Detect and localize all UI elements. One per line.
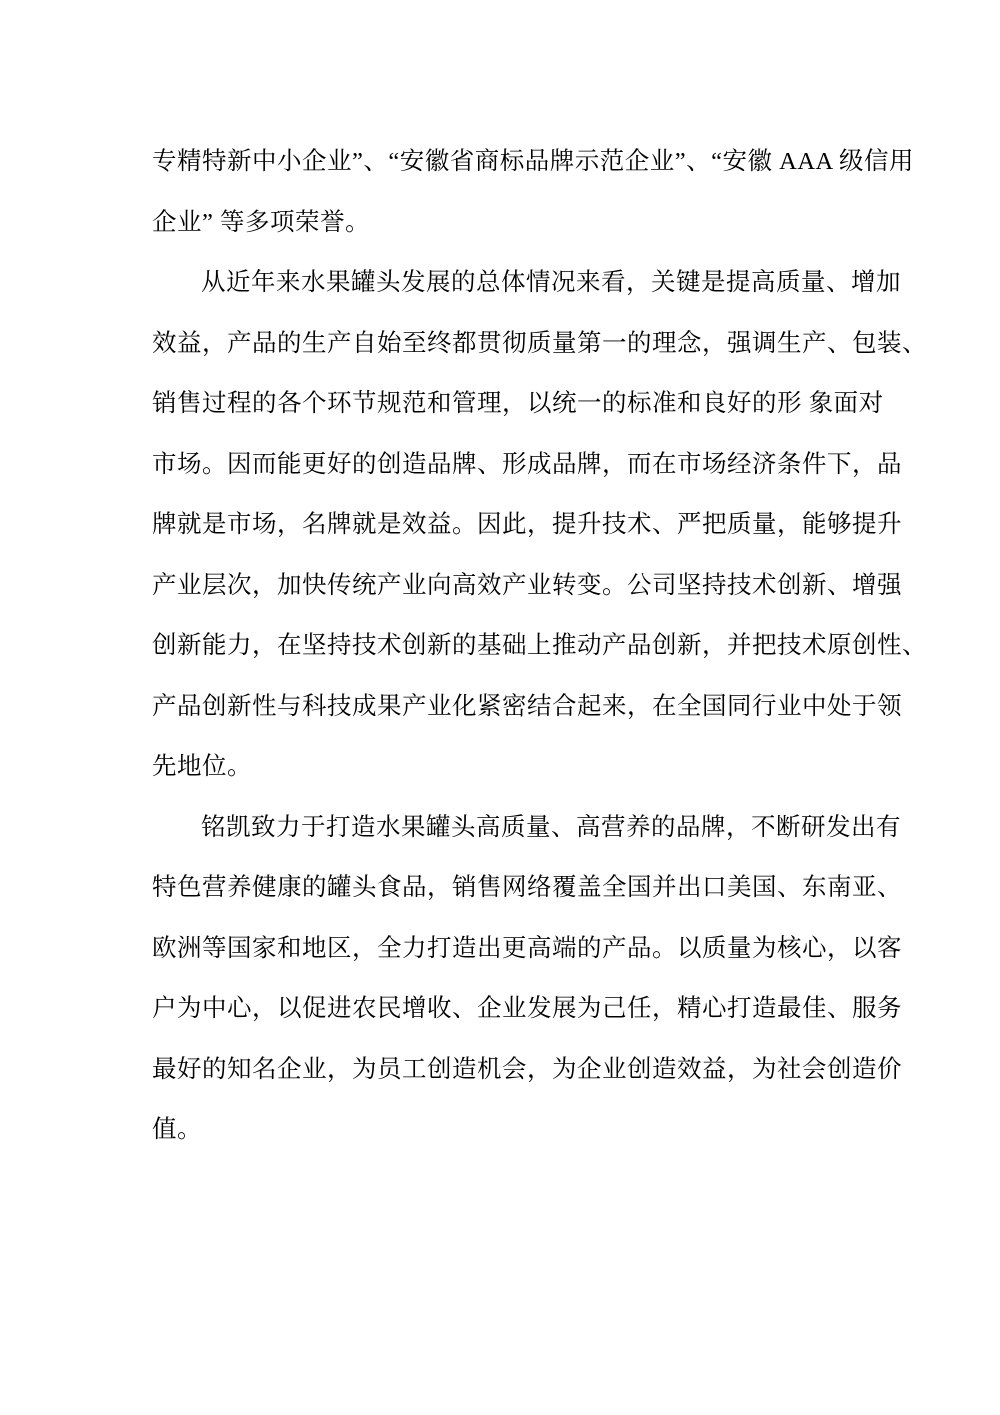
text-line: 欧洲等国家和地区，全力打造出更高端的产品。以质量为核心，以客 <box>152 919 852 980</box>
text-line: 先地位。 <box>152 737 852 798</box>
text-line: 市场。因而能更好的创造品牌、形成品牌，而在市场经济条件下，品 <box>152 435 852 496</box>
text-line: 值。 <box>152 1100 852 1161</box>
text-line: 效益，产品的生产自始至终都贯彻质量第一的理念，强调生产、包装、 <box>152 314 852 375</box>
text-line: 户为中心，以促进农民增收、企业发展为己任，精心打造最佳、服务 <box>152 979 852 1040</box>
document-page: 专精特新中小企业”、“安徽省商标品牌示范企业”、“安徽 AAA 级信用 企业” … <box>0 0 1000 1415</box>
text-line: 产业层次，加快传统产业向高效产业转变。公司坚持技术创新、增强 <box>152 556 852 617</box>
text-line: 创新能力，在坚持技术创新的基础上推动产品创新，并把技术原创性、 <box>152 616 852 677</box>
text-line: 牌就是市场，名牌就是效益。因此，提升技术、严把质量，能够提升 <box>152 495 852 556</box>
paragraph: 专精特新中小企业”、“安徽省商标品牌示范企业”、“安徽 AAA 级信用 企业” … <box>152 132 852 253</box>
text-line: 从近年来水果罐头发展的总体情况来看，关键是提高质量、增加 <box>152 253 852 314</box>
text-line: 铭凯致力于打造水果罐头高质量、高营养的品牌，不断研发出有 <box>152 798 852 859</box>
paragraph: 铭凯致力于打造水果罐头高质量、高营养的品牌，不断研发出有 特色营养健康的罐头食品… <box>152 798 852 1161</box>
text-line: 企业” 等多项荣誉。 <box>152 193 852 254</box>
text-line: 销售过程的各个环节规范和管理，以统一的标准和良好的形 象面对 <box>152 374 852 435</box>
text-line: 最好的知名企业，为员工创造机会，为企业创造效益，为社会创造价 <box>152 1040 852 1101</box>
text-line: 特色营养健康的罐头食品，销售网络覆盖全国并出口美国、东南亚、 <box>152 858 852 919</box>
text-line: 产品创新性与科技成果产业化紧密结合起来，在全国同行业中处于领 <box>152 677 852 738</box>
paragraph: 从近年来水果罐头发展的总体情况来看，关键是提高质量、增加 效益，产品的生产自始至… <box>152 253 852 798</box>
document-body: 专精特新中小企业”、“安徽省商标品牌示范企业”、“安徽 AAA 级信用 企业” … <box>152 132 852 1161</box>
text-line: 专精特新中小企业”、“安徽省商标品牌示范企业”、“安徽 AAA 级信用 <box>152 132 852 193</box>
